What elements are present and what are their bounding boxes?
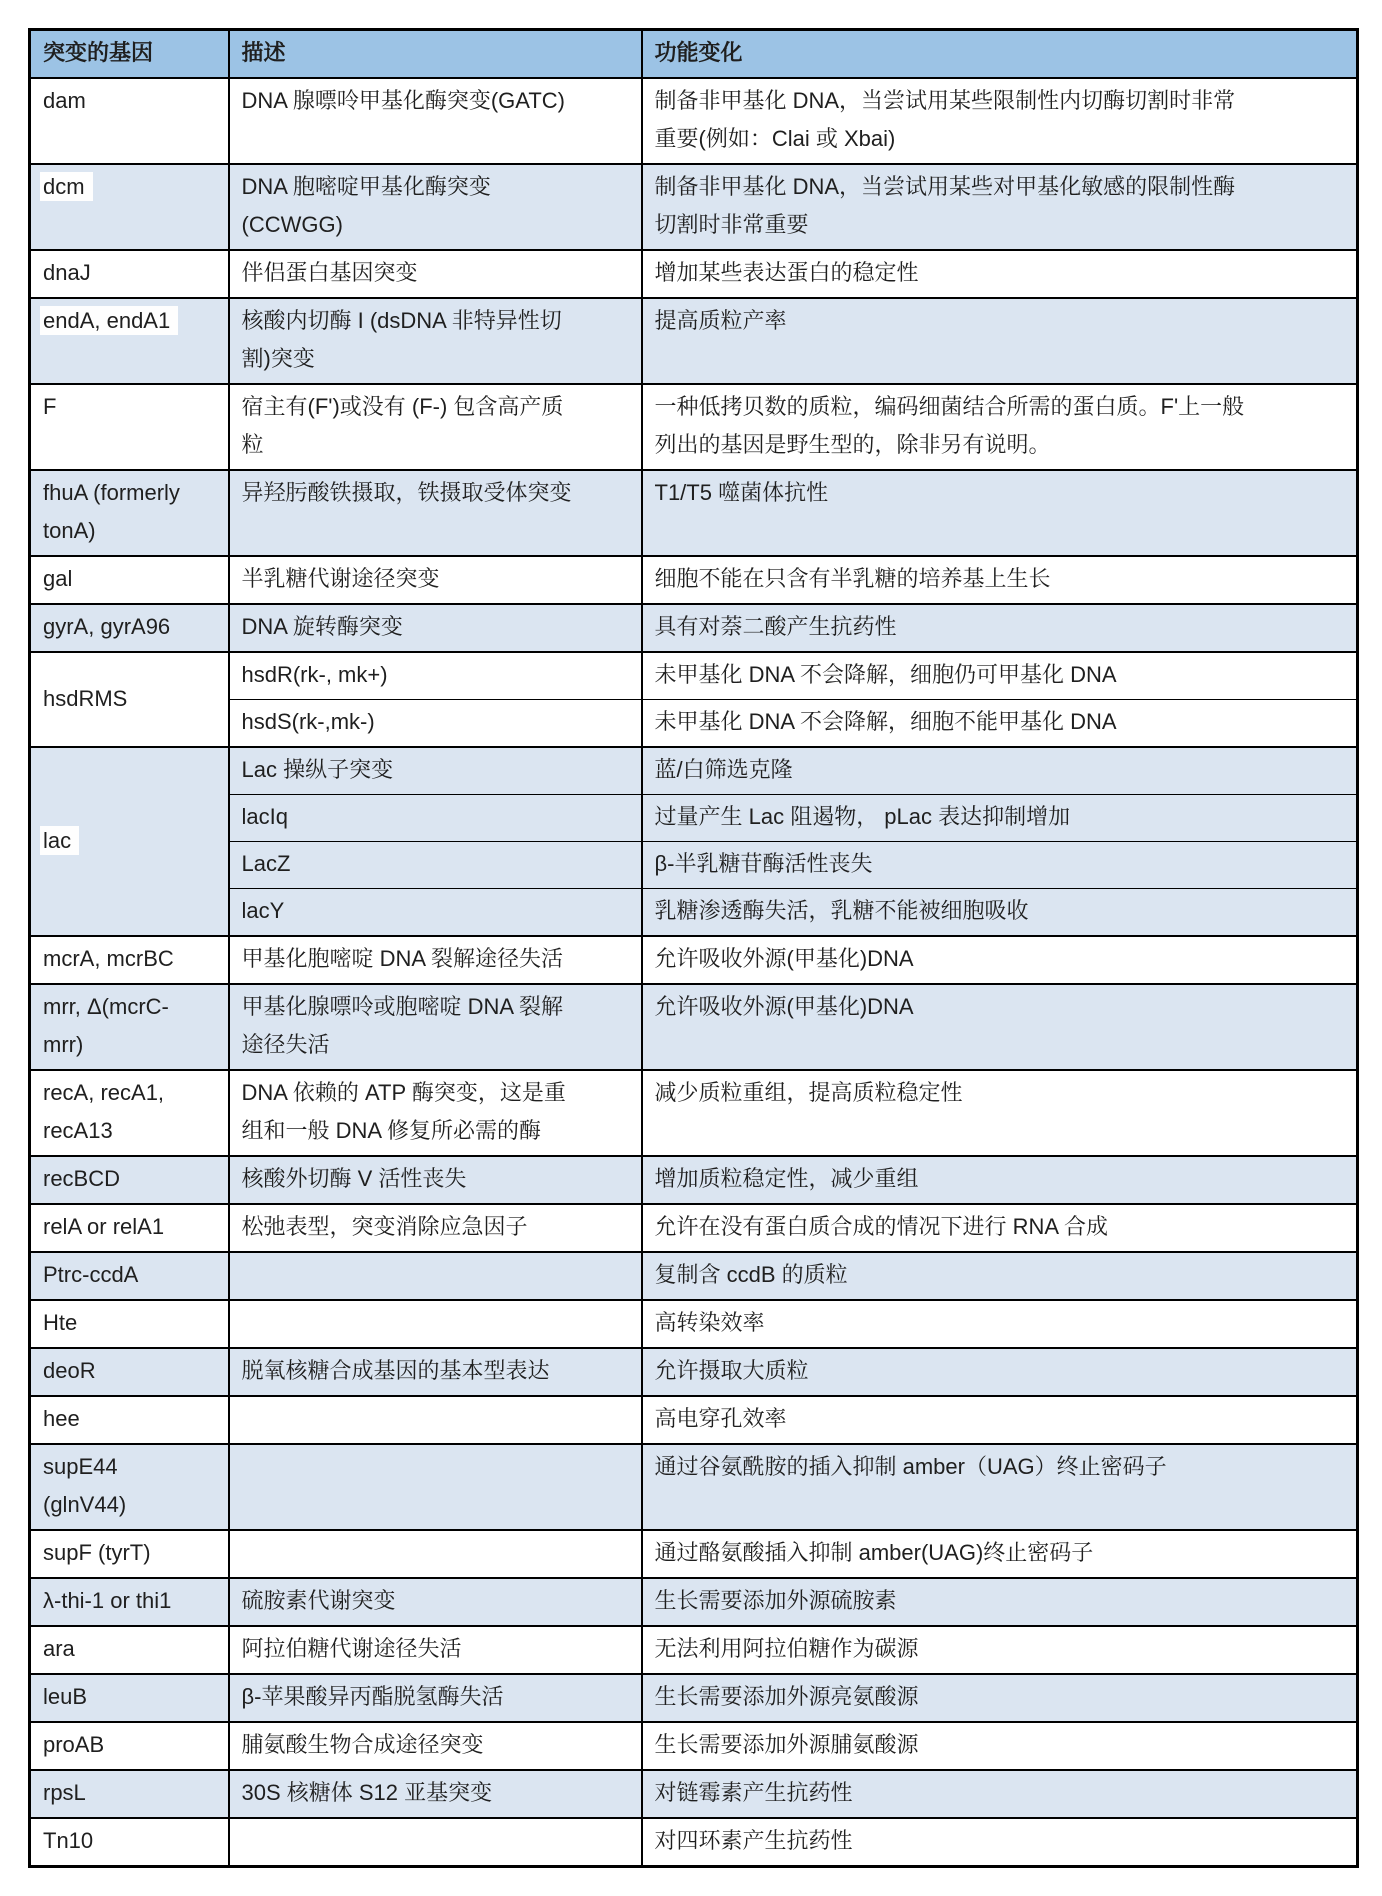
functional-change-cell: 对链霉素产生抗药性 (642, 1770, 1358, 1818)
description-cell: 阿拉伯糖代谢途径失活 (229, 1626, 642, 1674)
functional-change-cell: β-半乳糖苷酶活性丧失 (642, 842, 1358, 889)
gene-label: F (43, 394, 56, 419)
description-cell: 甲基化胞嘧啶 DNA 裂解途径失活 (229, 936, 642, 984)
functional-change-cell: 允许摄取大质粒 (642, 1348, 1358, 1396)
table-row: recBCD核酸外切酶 V 活性丧失增加质粒稳定性，减少重组 (30, 1156, 1358, 1204)
gene-label: λ-thi-1 or thi1 (43, 1588, 171, 1613)
gene-cell: gal (30, 556, 229, 604)
table-row: proAB脯氨酸生物合成途径突变生长需要添加外源脯氨酸源 (30, 1722, 1358, 1770)
table-row: Hte高转染效率 (30, 1300, 1358, 1348)
description-cell: 松弛表型，突变消除应急因子 (229, 1204, 642, 1252)
table-row: mcrA, mcrBC甲基化胞嘧啶 DNA 裂解途径失活允许吸收外源(甲基化)D… (30, 936, 1358, 984)
functional-change-cell: 未甲基化 DNA 不会降解，细胞不能甲基化 DNA (642, 700, 1358, 748)
table-row: LacZβ-半乳糖苷酶活性丧失 (30, 842, 1358, 889)
description-cell: 硫胺素代谢突变 (229, 1578, 642, 1626)
gene-cell: mrr, Δ(mcrC- mrr) (30, 984, 229, 1070)
gene-cell: mcrA, mcrBC (30, 936, 229, 984)
gene-cell: hsdRMS (30, 652, 229, 747)
functional-change-cell: 增加质粒稳定性，减少重组 (642, 1156, 1358, 1204)
header-functional-change: 功能变化 (642, 30, 1358, 79)
table-row: Ptrc-ccdA复制含 ccdB 的质粒 (30, 1252, 1358, 1300)
description-cell: 伴侣蛋白基因突变 (229, 250, 642, 298)
gene-label: supF (tyrT) (43, 1540, 151, 1565)
gene-label: deoR (43, 1358, 96, 1383)
gene-cell: supF (tyrT) (30, 1530, 229, 1578)
gene-cell: lac (30, 747, 229, 936)
table-row: lacLac 操纵子突变蓝/白筛选克隆 (30, 747, 1358, 795)
functional-change-cell: 减少质粒重组，提高质粒稳定性 (642, 1070, 1358, 1156)
table-row: deoR脱氧核糖合成基因的基本型表达允许摄取大质粒 (30, 1348, 1358, 1396)
table-row: ara阿拉伯糖代谢途径失活无法利用阿拉伯糖作为碳源 (30, 1626, 1358, 1674)
table-row: dnaJ伴侣蛋白基因突变增加某些表达蛋白的稳定性 (30, 250, 1358, 298)
table-row: recA, recA1, recA13DNA 依赖的 ATP 酶突变，这是重 组… (30, 1070, 1358, 1156)
functional-change-cell: 生长需要添加外源脯氨酸源 (642, 1722, 1358, 1770)
gene-cell: endA, endA1 (30, 298, 229, 384)
table-row: relA or relA1松弛表型，突变消除应急因子允许在没有蛋白质合成的情况下… (30, 1204, 1358, 1252)
functional-change-cell: 未甲基化 DNA 不会降解，细胞仍可甲基化 DNA (642, 652, 1358, 700)
gene-label: ara (43, 1636, 75, 1661)
gene-label: hee (43, 1406, 80, 1431)
functional-change-cell: 复制含 ccdB 的质粒 (642, 1252, 1358, 1300)
description-cell: 宿主有(F')或没有 (F-) 包含高产质 粒 (229, 384, 642, 470)
table-row: hsdS(rk-,mk-)未甲基化 DNA 不会降解，细胞不能甲基化 DNA (30, 700, 1358, 748)
description-cell: 异羟肟酸铁摄取，铁摄取受体突变 (229, 470, 642, 556)
gene-label: Tn10 (43, 1828, 93, 1853)
description-cell: 半乳糖代谢途径突变 (229, 556, 642, 604)
gene-label: mcrA, mcrBC (43, 946, 174, 971)
gene-label: lac (40, 826, 79, 855)
gene-cell: F (30, 384, 229, 470)
functional-change-cell: 具有对萘二酸产生抗药性 (642, 604, 1358, 652)
gene-cell: recBCD (30, 1156, 229, 1204)
table-row: dcmDNA 胞嘧啶甲基化酶突变 (CCWGG)制备非甲基化 DNA，当尝试用某… (30, 164, 1358, 250)
functional-change-cell: 无法利用阿拉伯糖作为碳源 (642, 1626, 1358, 1674)
table-row: endA, endA1核酸内切酶 I (dsDNA 非特异性切 割)突变提高质粒… (30, 298, 1358, 384)
gene-cell: gyrA, gyrA96 (30, 604, 229, 652)
gene-label: dnaJ (43, 260, 91, 285)
gene-label: recBCD (43, 1166, 120, 1191)
gene-label: gal (43, 566, 72, 591)
functional-change-cell: 过量产生 Lac 阻遏物， pLac 表达抑制增加 (642, 795, 1358, 842)
gene-cell: λ-thi-1 or thi1 (30, 1578, 229, 1626)
description-cell (229, 1300, 642, 1348)
gene-cell: rpsL (30, 1770, 229, 1818)
functional-change-cell: 增加某些表达蛋白的稳定性 (642, 250, 1358, 298)
description-cell: DNA 腺嘌呤甲基化酶突变(GATC) (229, 78, 642, 164)
functional-change-cell: 允许吸收外源(甲基化)DNA (642, 984, 1358, 1070)
functional-change-cell: 制备非甲基化 DNA，当尝试用某些限制性内切酶切割时非常 重要(例如：Clai … (642, 78, 1358, 164)
functional-change-cell: 生长需要添加外源硫胺素 (642, 1578, 1358, 1626)
description-cell: DNA 旋转酶突变 (229, 604, 642, 652)
description-cell (229, 1396, 642, 1444)
gene-cell: supE44 (glnV44) (30, 1444, 229, 1530)
gene-cell: ara (30, 1626, 229, 1674)
gene-cell: Tn10 (30, 1818, 229, 1867)
gene-label: mrr, Δ(mcrC- mrr) (43, 994, 169, 1057)
gene-label: relA or relA1 (43, 1214, 164, 1239)
table-row: lacIq过量产生 Lac 阻遏物， pLac 表达抑制增加 (30, 795, 1358, 842)
table-row: hee高电穿孔效率 (30, 1396, 1358, 1444)
gene-label: endA, endA1 (40, 306, 178, 335)
gene-cell: deoR (30, 1348, 229, 1396)
table-row: leuBβ-苹果酸异丙酯脱氢酶失活生长需要添加外源亮氨酸源 (30, 1674, 1358, 1722)
functional-change-cell: T1/T5 噬菌体抗性 (642, 470, 1358, 556)
header-description: 描述 (229, 30, 642, 79)
gene-cell: leuB (30, 1674, 229, 1722)
functional-change-cell: 提高质粒产率 (642, 298, 1358, 384)
gene-label: recA, recA1, recA13 (43, 1080, 164, 1143)
table-row: mrr, Δ(mcrC- mrr)甲基化腺嘌呤或胞嘧啶 DNA 裂解 途径失活允… (30, 984, 1358, 1070)
gene-label: Ptrc-ccdA (43, 1262, 138, 1287)
functional-change-cell: 一种低拷贝数的质粒，编码细菌结合所需的蛋白质。F'上一般 列出的基因是野生型的，… (642, 384, 1358, 470)
description-cell: DNA 依赖的 ATP 酶突变，这是重 组和一般 DNA 修复所必需的酶 (229, 1070, 642, 1156)
gene-cell: dcm (30, 164, 229, 250)
gene-label: leuB (43, 1684, 87, 1709)
header-row: 突变的基因 描述 功能变化 (30, 30, 1358, 79)
table-row: gal半乳糖代谢途径突变细胞不能在只含有半乳糖的培养基上生长 (30, 556, 1358, 604)
description-cell: 脱氧核糖合成基因的基本型表达 (229, 1348, 642, 1396)
gene-label: supE44 (glnV44) (43, 1454, 126, 1517)
gene-cell: recA, recA1, recA13 (30, 1070, 229, 1156)
functional-change-cell: 通过谷氨酰胺的插入抑制 amber（UAG）终止密码子 (642, 1444, 1358, 1530)
gene-cell: dnaJ (30, 250, 229, 298)
description-cell (229, 1252, 642, 1300)
gene-label: fhuA (formerly tonA) (43, 480, 180, 543)
gene-label: dcm (40, 172, 93, 201)
description-cell (229, 1444, 642, 1530)
description-cell (229, 1530, 642, 1578)
gene-label: rpsL (43, 1780, 86, 1805)
description-cell: 甲基化腺嘌呤或胞嘧啶 DNA 裂解 途径失活 (229, 984, 642, 1070)
table-row: supF (tyrT)通过酪氨酸插入抑制 amber(UAG)终止密码子 (30, 1530, 1358, 1578)
description-cell: DNA 胞嘧啶甲基化酶突变 (CCWGG) (229, 164, 642, 250)
gene-cell: fhuA (formerly tonA) (30, 470, 229, 556)
table-row: fhuA (formerly tonA)异羟肟酸铁摄取，铁摄取受体突变T1/T5… (30, 470, 1358, 556)
description-cell: 30S 核糖体 S12 亚基突变 (229, 1770, 642, 1818)
table-row: F宿主有(F')或没有 (F-) 包含高产质 粒一种低拷贝数的质粒，编码细菌结合… (30, 384, 1358, 470)
gene-label: gyrA, gyrA96 (43, 614, 170, 639)
functional-change-cell: 通过酪氨酸插入抑制 amber(UAG)终止密码子 (642, 1530, 1358, 1578)
description-cell: hsdS(rk-,mk-) (229, 700, 642, 748)
functional-change-cell: 允许在没有蛋白质合成的情况下进行 RNA 合成 (642, 1204, 1358, 1252)
gene-label: Hte (43, 1310, 77, 1335)
gene-cell: hee (30, 1396, 229, 1444)
table-row: gyrA, gyrA96DNA 旋转酶突变具有对萘二酸产生抗药性 (30, 604, 1358, 652)
functional-change-cell: 蓝/白筛选克隆 (642, 747, 1358, 795)
description-cell: LacZ (229, 842, 642, 889)
table-row: damDNA 腺嘌呤甲基化酶突变(GATC)制备非甲基化 DNA，当尝试用某些限… (30, 78, 1358, 164)
table-row: Tn10对四环素产生抗药性 (30, 1818, 1358, 1867)
description-cell (229, 1818, 642, 1867)
description-cell: 核酸内切酶 I (dsDNA 非特异性切 割)突变 (229, 298, 642, 384)
table-body: damDNA 腺嘌呤甲基化酶突变(GATC)制备非甲基化 DNA，当尝试用某些限… (30, 78, 1358, 1867)
table-row: lacY乳糖渗透酶失活，乳糖不能被细胞吸收 (30, 889, 1358, 937)
mutated-genes-table: 突变的基因 描述 功能变化 damDNA 腺嘌呤甲基化酶突变(GATC)制备非甲… (28, 28, 1359, 1868)
description-cell: hsdR(rk-, mk+) (229, 652, 642, 700)
gene-cell: Hte (30, 1300, 229, 1348)
description-cell: 脯氨酸生物合成途径突变 (229, 1722, 642, 1770)
functional-change-cell: 乳糖渗透酶失活，乳糖不能被细胞吸收 (642, 889, 1358, 937)
description-cell: lacIq (229, 795, 642, 842)
description-cell: 核酸外切酶 V 活性丧失 (229, 1156, 642, 1204)
table-row: λ-thi-1 or thi1硫胺素代谢突变生长需要添加外源硫胺素 (30, 1578, 1358, 1626)
description-cell: β-苹果酸异丙酯脱氢酶失活 (229, 1674, 642, 1722)
functional-change-cell: 高转染效率 (642, 1300, 1358, 1348)
table-header: 突变的基因 描述 功能变化 (30, 30, 1358, 79)
gene-label: hsdRMS (43, 686, 127, 711)
description-cell: lacY (229, 889, 642, 937)
functional-change-cell: 允许吸收外源(甲基化)DNA (642, 936, 1358, 984)
gene-label: proAB (43, 1732, 104, 1757)
functional-change-cell: 细胞不能在只含有半乳糖的培养基上生长 (642, 556, 1358, 604)
table-row: supE44 (glnV44)通过谷氨酰胺的插入抑制 amber（UAG）终止密… (30, 1444, 1358, 1530)
gene-cell: relA or relA1 (30, 1204, 229, 1252)
gene-label: dam (43, 88, 86, 113)
description-cell: Lac 操纵子突变 (229, 747, 642, 795)
gene-cell: Ptrc-ccdA (30, 1252, 229, 1300)
header-mutated-gene: 突变的基因 (30, 30, 229, 79)
table-row: rpsL30S 核糖体 S12 亚基突变对链霉素产生抗药性 (30, 1770, 1358, 1818)
functional-change-cell: 生长需要添加外源亮氨酸源 (642, 1674, 1358, 1722)
table-row: hsdRMShsdR(rk-, mk+)未甲基化 DNA 不会降解，细胞仍可甲基… (30, 652, 1358, 700)
gene-cell: dam (30, 78, 229, 164)
functional-change-cell: 制备非甲基化 DNA，当尝试用某些对甲基化敏感的限制性酶 切割时非常重要 (642, 164, 1358, 250)
gene-cell: proAB (30, 1722, 229, 1770)
functional-change-cell: 高电穿孔效率 (642, 1396, 1358, 1444)
functional-change-cell: 对四环素产生抗药性 (642, 1818, 1358, 1867)
